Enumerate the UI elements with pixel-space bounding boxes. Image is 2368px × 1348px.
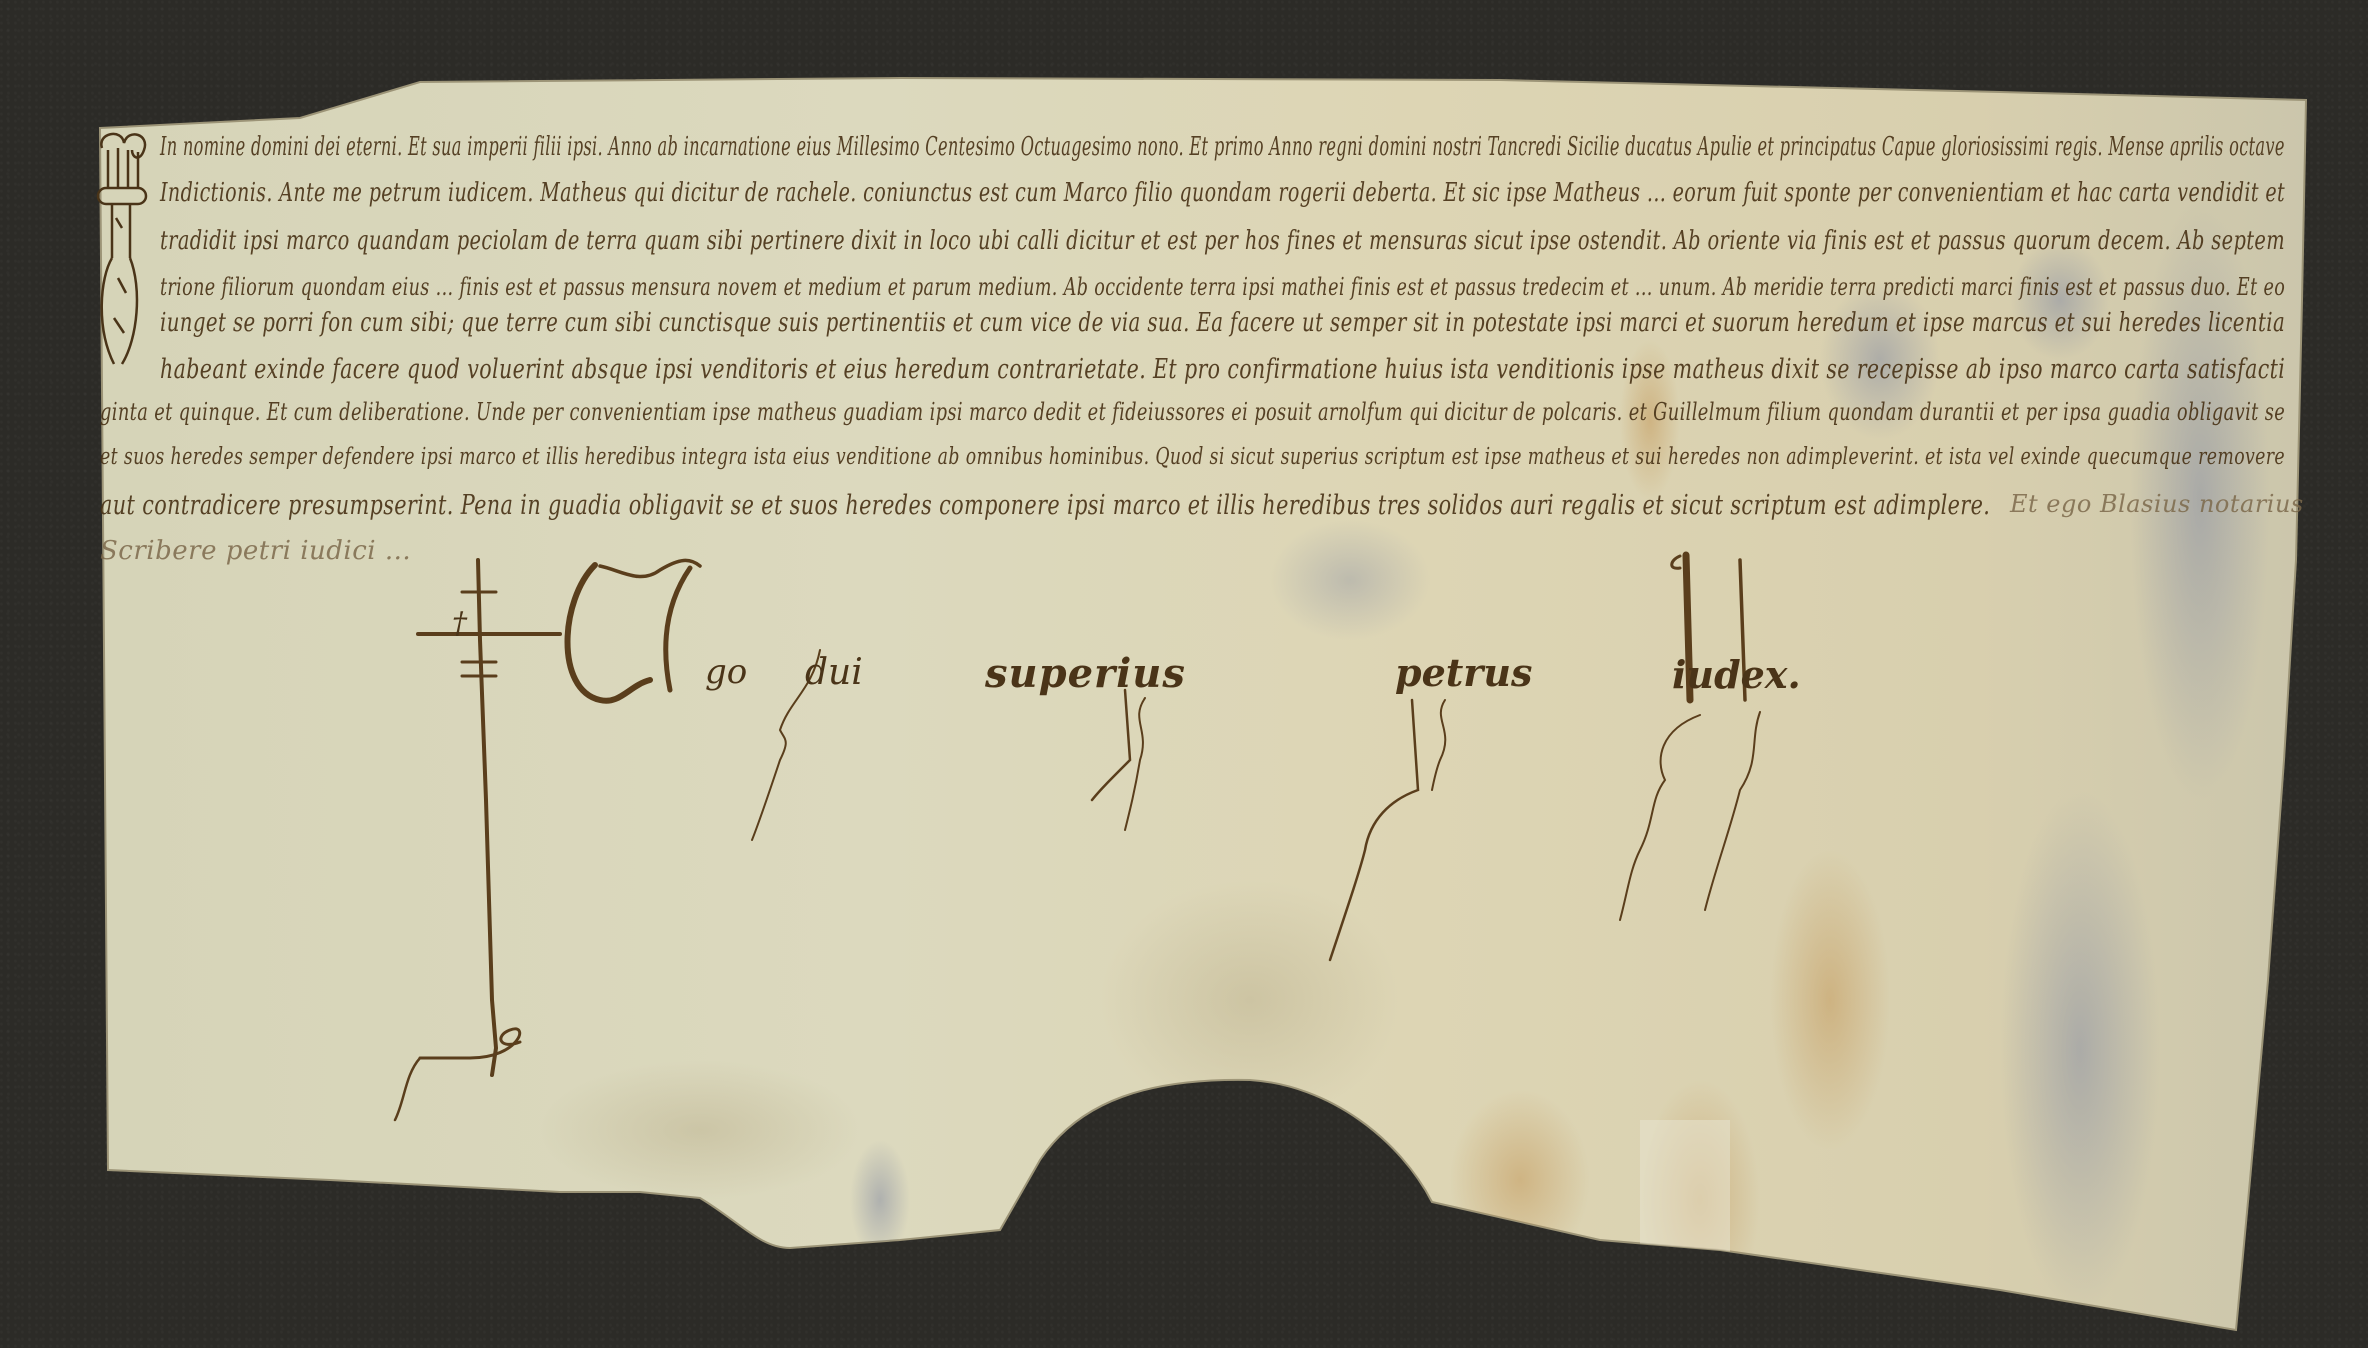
charter-text-line-8: et suos heredes semper defendere ipsi ma…: [100, 444, 2285, 470]
charter-text-line-1: In nomine domini dei eterni. Et sua impe…: [160, 132, 1481, 162]
charter-text-line-10: Scribere petri iudici ...: [100, 536, 411, 566]
charter-text-line-3: tradidit ipsi marco quandam peciolam de …: [160, 226, 2285, 256]
charter-text-line-5: iunget se porri fon cum sibi; que terre …: [160, 308, 2285, 338]
signature-dui: dui: [805, 652, 863, 693]
decorated-initial-icon: [92, 128, 152, 368]
signature-cross: †: [452, 606, 467, 641]
charter-text-line-4: trione filiorum quondam eius ... finis e…: [160, 272, 2285, 301]
signature-iudex: iudex.: [1672, 652, 1801, 697]
charter-text-line-7: ginta et quinque. Et cum deliberatione. …: [100, 398, 2285, 426]
charter-text-line-6: habeant exinde facere quod voluerint abs…: [160, 354, 2285, 385]
signature-go: go: [705, 652, 747, 692]
charter-text-line-2: Indictionis. Ante me petrum iudicem. Mat…: [160, 178, 2285, 208]
margin-note-right: Et ego Blasius notarius: [2010, 490, 2304, 518]
signature-superius: superius: [985, 650, 1186, 697]
charter-text-line-9: aut contradicere presumpserint. Pena in …: [100, 490, 1990, 521]
signature-petrus: petrus: [1395, 650, 1532, 695]
